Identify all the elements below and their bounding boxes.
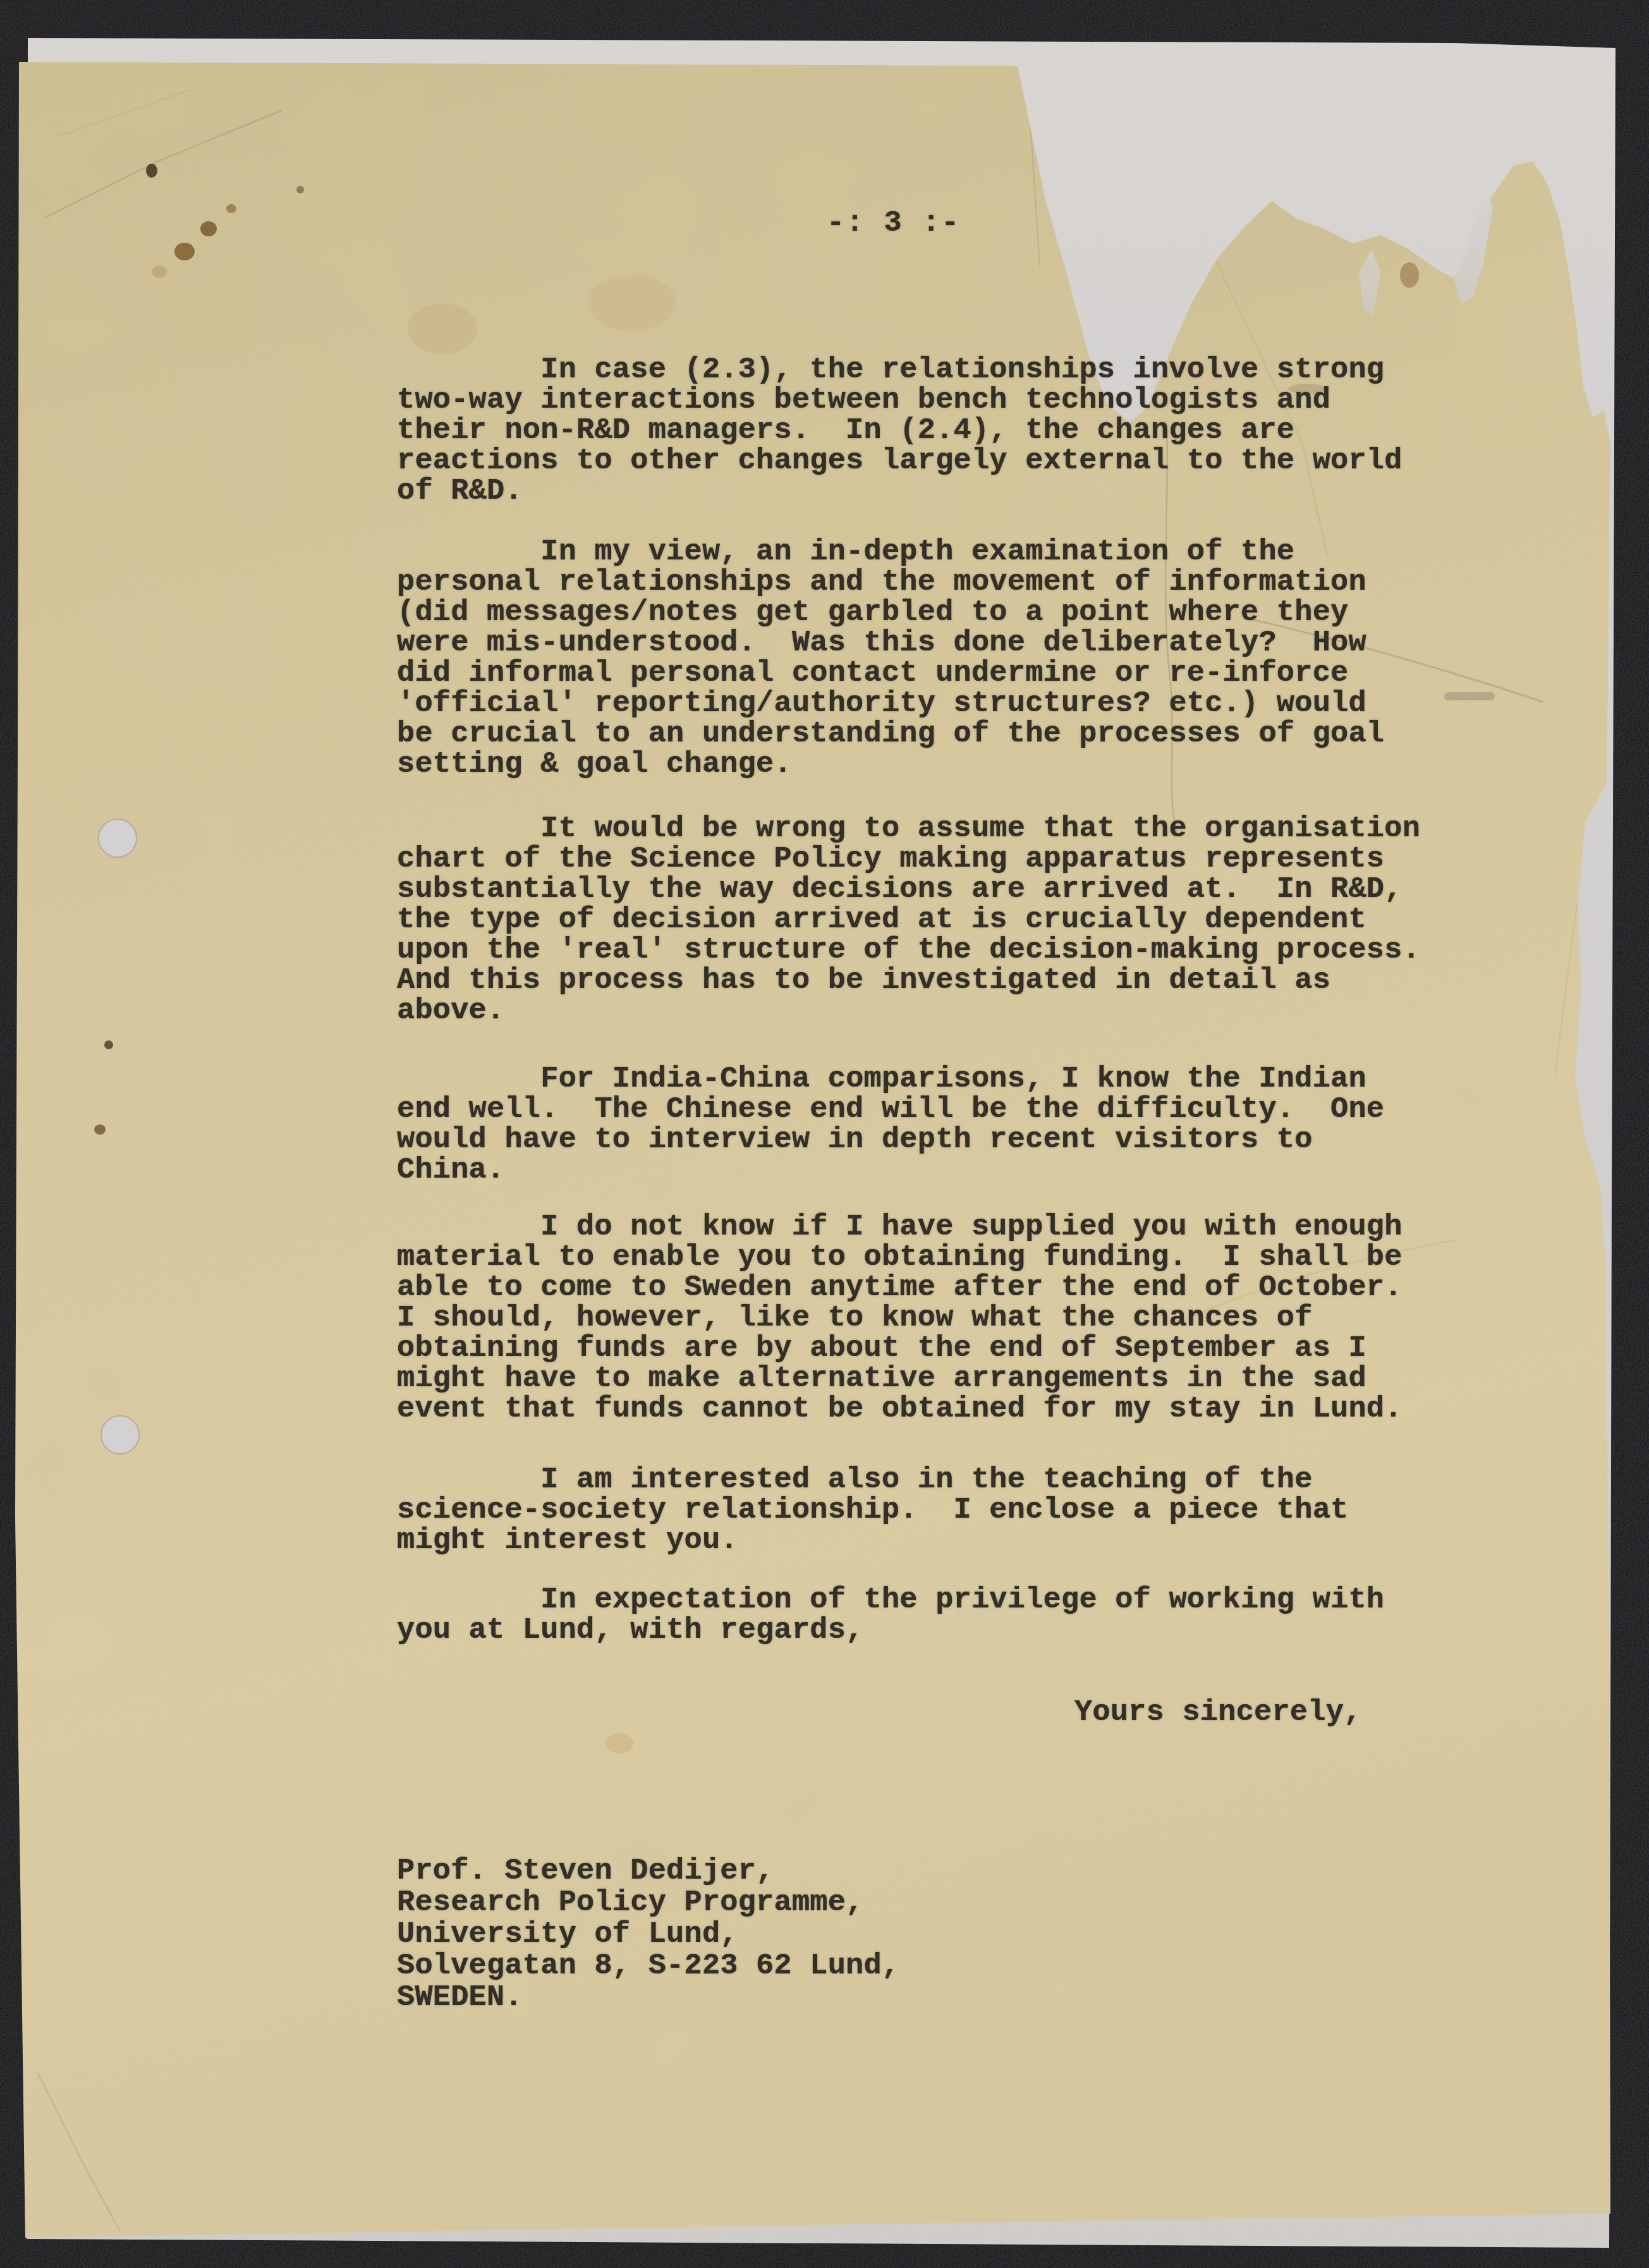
paragraph-6: I am interested also in the teaching of … [397, 1465, 1446, 1556]
scanned-letter-page-3: -: 3 :- In case (2.3), the relationships… [0, 0, 1649, 2268]
typewritten-text-layer: -: 3 :- In case (2.3), the relationships… [0, 0, 1649, 2268]
page-number: -: 3 :- [827, 209, 960, 239]
paragraph-1: In case (2.3), the relationships involve… [397, 355, 1446, 507]
closing-salutation: Yours sincerely, [1074, 1698, 1361, 1728]
paragraph-4: For India-China comparisons, I know the … [397, 1064, 1446, 1186]
signature-address-block: Prof. Steven Dedijer, Research Policy Pr… [397, 1856, 899, 2014]
paragraph-7: In expectation of the privilege of worki… [397, 1585, 1446, 1646]
paragraph-5: I do not know if I have supplied you wit… [397, 1212, 1446, 1425]
paragraph-2: In my view, an in-depth examination of t… [397, 537, 1446, 780]
paragraph-3: It would be wrong to assume that the org… [397, 814, 1446, 1027]
